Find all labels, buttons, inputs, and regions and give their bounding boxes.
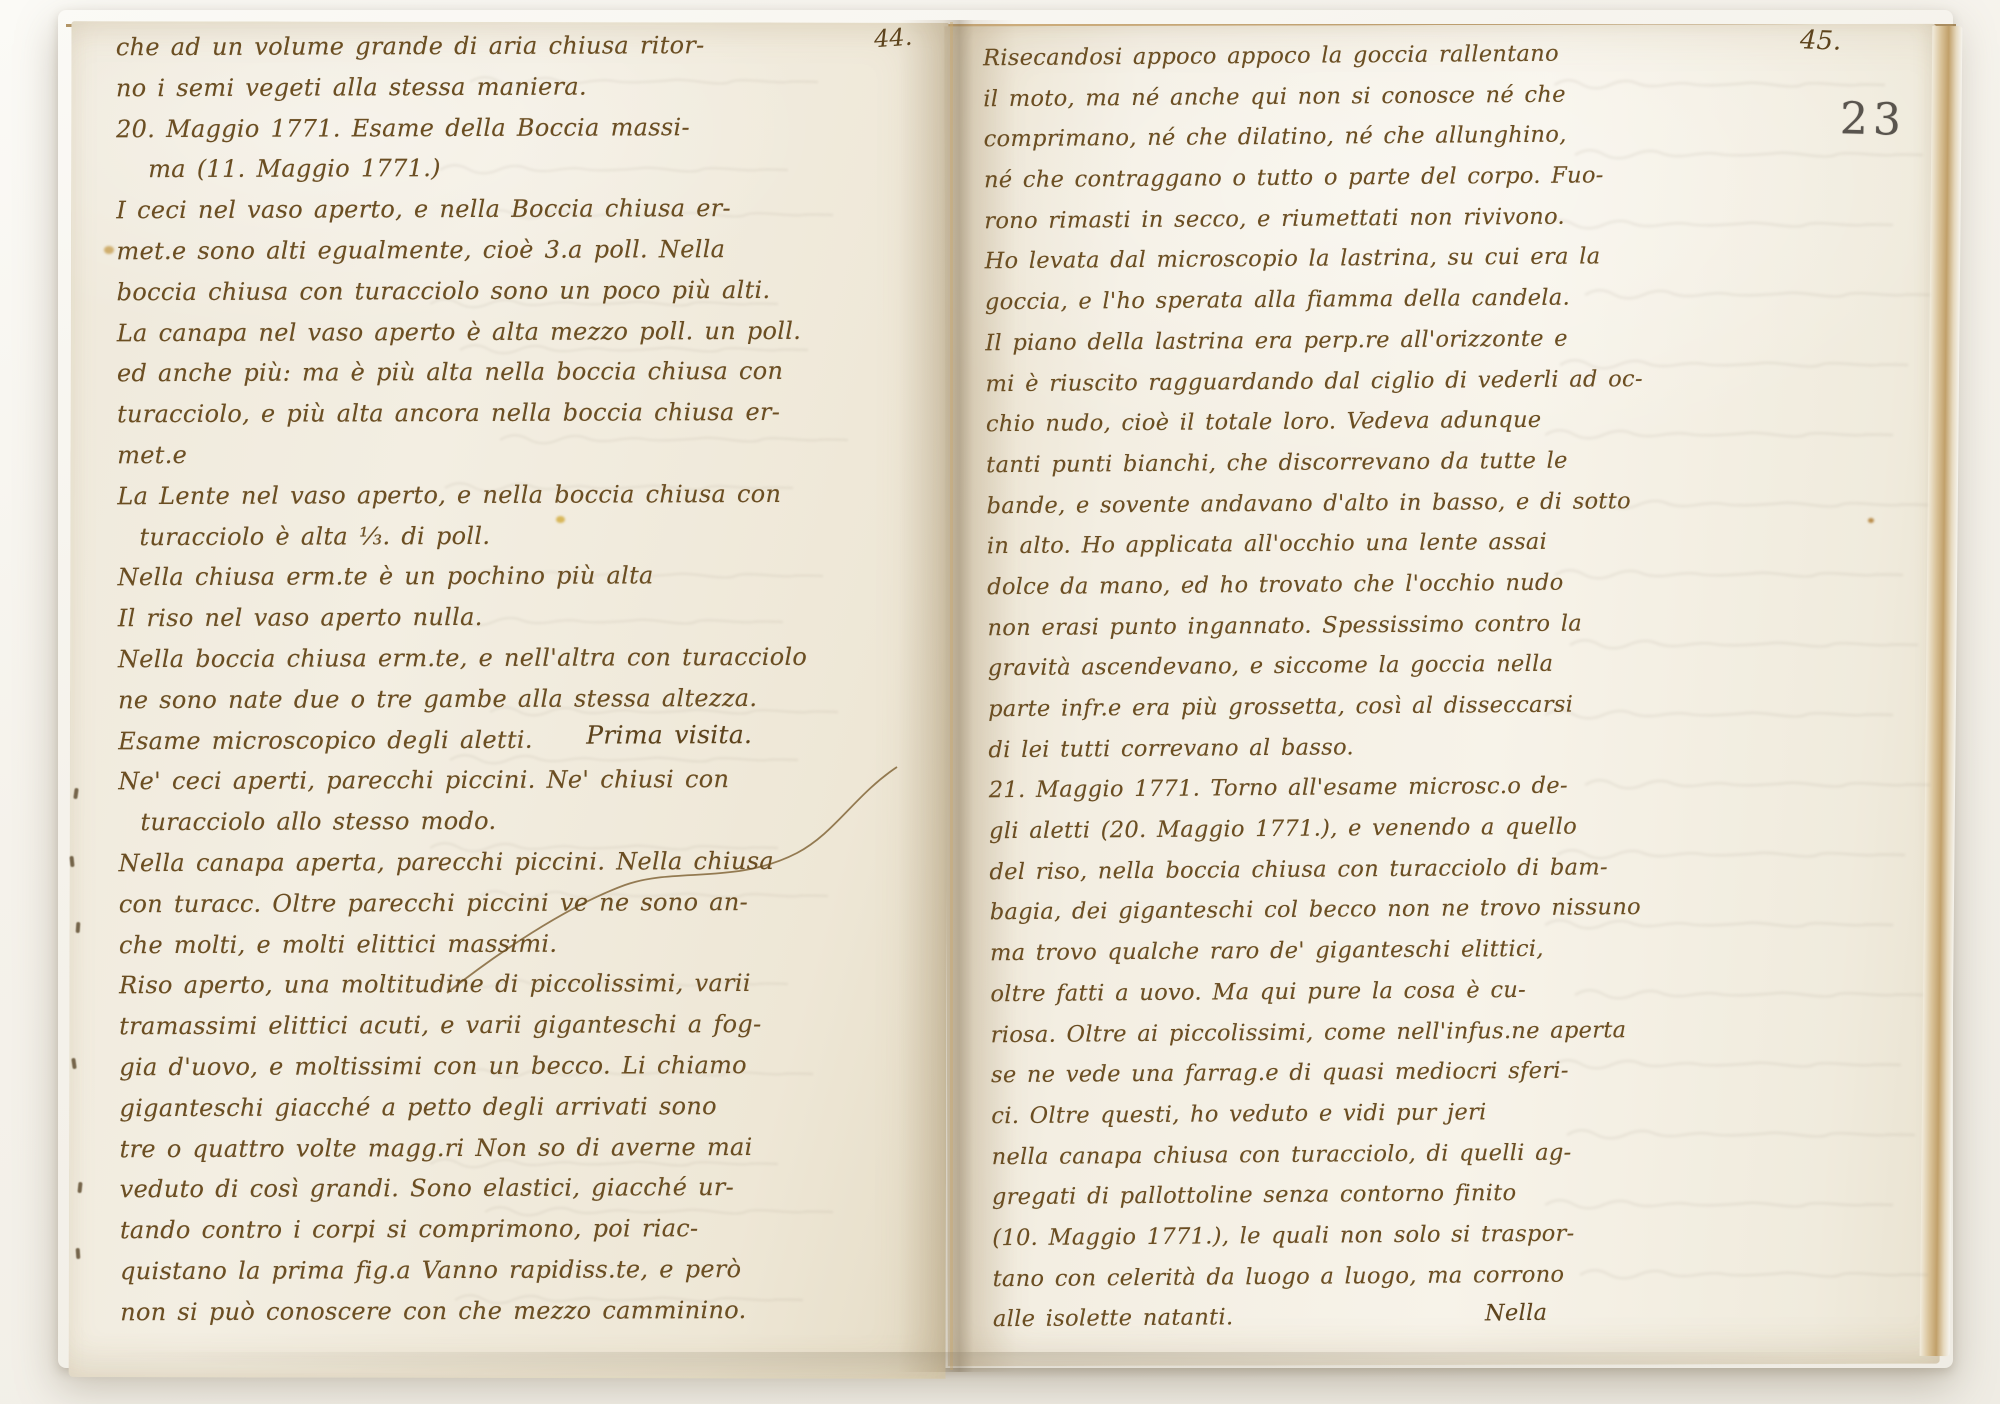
manuscript-line: gia d'uovo, e moltissimi con un becco. L…	[119, 1045, 809, 1088]
manuscript-line: ed anche più: ma è più alta nella boccia…	[117, 351, 807, 394]
manuscript-line: bagia, dei giganteschi col becco non ne …	[990, 888, 1550, 933]
manuscript-line: di lei tutti correvano al basso.	[988, 725, 1548, 770]
manuscript-line: se ne vede una farrag.e di quasi mediocr…	[991, 1051, 1551, 1096]
last-line: alle isolette natanti.	[993, 1305, 1234, 1333]
manuscript-line: che ad un volume grande di aria chiusa r…	[116, 25, 806, 68]
manuscript-line: gravità ascendevano, e siccome la goccia…	[988, 644, 1548, 689]
catchword: Nella	[1485, 1293, 1548, 1334]
manuscript-line: La canapa nel vaso aperto è alta mezzo p…	[117, 310, 807, 353]
manuscript-line: oltre fatti a uovo. Ma qui pure la cosa …	[990, 970, 1550, 1015]
manuscript-line: rono rimasti in secco, e riumettati non …	[984, 197, 1544, 242]
manuscript-line: nella canapa chiusa con turacciolo, di q…	[992, 1132, 1552, 1177]
manuscript-line: Riso aperto, una moltitudine di piccolis…	[119, 963, 809, 1006]
manuscript-line: tanti punti bianchi, che discorrevano da…	[986, 441, 1546, 486]
manuscript-line: La Lente nel vaso aperto, e nella boccia…	[117, 474, 807, 517]
manuscript-line: gli aletti (20. Maggio 1771.), e venendo…	[989, 807, 1549, 852]
manuscript-line: veduto di così grandi. Sono elastici, gi…	[120, 1167, 810, 1210]
archive-stamp-number: 23	[1839, 93, 1906, 146]
manuscript-line: il moto, ma né anche qui non si conosce …	[983, 75, 1543, 120]
manuscript-line: Il riso nel vaso aperto nulla.	[118, 596, 808, 639]
manuscript-line: met.e sono alti egualmente, cioè 3.a pol…	[116, 229, 806, 272]
manuscript-line: 20. Maggio 1771. Esame della Boccia mass…	[116, 106, 806, 149]
manuscript-line: comprimano, né che dilatino, né che allu…	[984, 115, 1544, 160]
margin-note-prima-visita: Prima visita.	[586, 715, 752, 756]
book-bottom-shadow	[70, 1352, 1950, 1386]
page-number-44: 44.	[873, 23, 913, 54]
gutter-crease-line	[950, 22, 953, 1370]
edge-ink-mark	[76, 1248, 81, 1259]
manuscript-line: del riso, nella boccia chiusa con turacc…	[989, 848, 1549, 893]
manuscript-line: Nella chiusa erm.te è un pochino più alt…	[118, 555, 808, 598]
manuscript-line: alle isolette natanti. Nella	[993, 1295, 1553, 1340]
manuscript-line: tando contro i corpi si comprimono, poi …	[120, 1208, 810, 1251]
manuscript-line: turacciolo allo stesso modo.	[118, 800, 808, 843]
foxing-speck	[1868, 518, 1874, 523]
manuscript-line: tramassimi elittici acuti, e varii gigan…	[119, 1004, 809, 1047]
left-page-text: che ad un volume grande di aria chiusa r…	[116, 25, 811, 1333]
manuscript-line: tre o quattro volte magg.ri Non so di av…	[120, 1126, 810, 1169]
manuscript-line: gregati di pallottoline senza contorno f…	[992, 1173, 1552, 1218]
manuscript-line: parte infr.e era più grossetta, così al …	[988, 685, 1548, 730]
manuscript-line: non erasi punto ingannato. Spessissimo c…	[987, 603, 1547, 648]
edge-ink-mark	[76, 922, 81, 933]
manuscript-line: Nella boccia chiusa erm.te, e nell'altra…	[118, 637, 808, 680]
manuscript-line: riosa. Oltre ai piccolissimi, come nell'…	[991, 1010, 1551, 1055]
manuscript-line: non si può conoscere con che mezzo cammi…	[120, 1289, 810, 1332]
manuscript-line: Esame microscopico degli aletti. Prima v…	[118, 718, 808, 761]
manuscript-line: che molti, e molti elittici massimi.	[119, 922, 809, 965]
manuscript-line: tano con celerità da luogo a luogo, ma c…	[992, 1254, 1552, 1299]
manuscript-line: ci. Oltre questi, ho veduto e vidi pur j…	[991, 1092, 1551, 1137]
manuscript-line: Il piano della lastrina era perp.re all'…	[985, 319, 1545, 364]
show-through-text-right	[1545, 60, 1930, 1350]
manuscript-line: dolce da mano, ed ho trovato che l'occhi…	[987, 563, 1547, 608]
manuscript-line: goccia, e l'ho sperata alla fiamma della…	[985, 278, 1545, 323]
foxing-speck	[104, 246, 114, 254]
manuscript-line: né che contraggano o tutto o parte del c…	[984, 156, 1544, 201]
manuscript-line: chio nudo, cioè il totale loro. Vedeva a…	[986, 400, 1546, 445]
manuscript-line: I ceci nel vaso aperto, e nella Boccia c…	[116, 188, 806, 231]
manuscript-line: bande, e sovente andavano d'alto in bass…	[986, 481, 1546, 526]
manuscript-line: turacciolo è alta ⅓. di poll.	[117, 514, 807, 557]
manuscript-line: in alto. Ho applicata all'occhio una len…	[987, 522, 1547, 567]
manuscript-line: Nella canapa aperta, parecchi piccini. N…	[119, 841, 809, 884]
manuscript-line: ma trovo qualche raro de' giganteschi el…	[990, 929, 1550, 974]
right-page-text: Risecandosi appoco appoco la goccia rall…	[983, 34, 1553, 1340]
page-number-45: 45.	[1799, 25, 1841, 56]
manuscript-line: mi è riuscito ragguardando dal ciglio di…	[985, 359, 1545, 404]
manuscript-line: con turacc. Oltre parecchi piccini ve ne…	[119, 882, 809, 925]
manuscript-line: giganteschi giacché a petto degli arriva…	[119, 1086, 809, 1129]
manuscript-line: met.e	[117, 433, 807, 476]
manuscript-line: (10. Maggio 1771.), le quali non solo si…	[992, 1214, 1552, 1259]
manuscript-line: turacciolo, e più alta ancora nella bocc…	[117, 392, 807, 435]
manuscript-line: Ho levata dal microscopio la lastrina, s…	[984, 237, 1544, 282]
manuscript-line: Risecandosi appoco appoco la goccia rall…	[983, 34, 1543, 79]
manuscript-line: ma (11. Maggio 1771.)	[116, 147, 806, 190]
manuscript-line: Ne' ceci aperti, parecchi piccini. Ne' c…	[118, 759, 808, 802]
manuscript-line: no i semi vegeti alla stessa maniera.	[116, 66, 806, 109]
manuscript-line dated-entry: 21. Maggio 1771. Torno all'esame microsc…	[989, 766, 1549, 811]
manuscript-line: boccia chiusa con turacciolo sono un poc…	[117, 270, 807, 313]
manuscript-line: quistano la prima fig.a Vanno rapidiss.t…	[120, 1249, 810, 1292]
section-heading: Esame microscopico degli aletti.	[118, 725, 533, 754]
